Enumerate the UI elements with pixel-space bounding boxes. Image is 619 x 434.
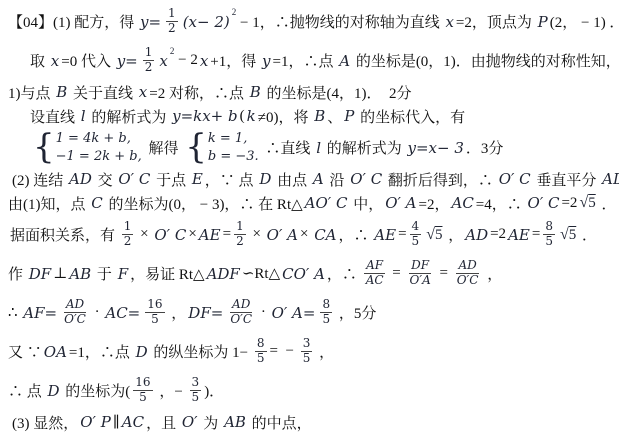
text-run: ，易证 Rt△ — [130, 263, 204, 284]
left-brace-icon: { — [33, 132, 55, 163]
fraction-numerator: 8 — [543, 220, 555, 235]
math-run: D — [136, 343, 148, 361]
math-run: l — [316, 139, 321, 157]
fraction: 35 — [301, 337, 313, 366]
page: { "page": { "background": "#ffffff", "te… — [0, 0, 619, 434]
text-run: 交 — [94, 169, 117, 190]
math-run: y= — [140, 13, 161, 31]
math-run: y= — [117, 52, 138, 70]
math-run: AE — [508, 226, 530, 244]
math-run: B — [314, 107, 325, 125]
math-run: x — [159, 52, 167, 70]
math-run: x — [139, 83, 147, 101]
fraction-denominator: 5 — [149, 313, 161, 327]
text-run: 由点 — [273, 169, 311, 190]
math-run: x — [200, 52, 208, 70]
radicand: 5 — [588, 195, 596, 212]
text-run: ，∵ 点 — [205, 169, 258, 190]
math-run: CO′ A — [282, 265, 325, 283]
math-run: x — [445, 13, 453, 31]
fraction-denominator: AC — [364, 274, 386, 288]
text-run: 的坐标是(0，1)．由抛物线的对称性知，点 — [352, 50, 619, 71]
math-run: AC — [451, 194, 473, 212]
fraction-numerator: AF — [364, 259, 385, 274]
math-run: AE — [199, 226, 221, 244]
math-run: x — [51, 52, 59, 70]
math-run: AF= — [23, 304, 57, 322]
text-run: 取 — [30, 50, 49, 71]
fraction-denominator: 5 — [301, 352, 313, 366]
fraction-numerator: AD — [456, 259, 478, 274]
text-run: 的中点， — [248, 412, 312, 433]
fraction-denominator: 5 — [190, 391, 202, 405]
text-run: =2， — [419, 193, 450, 214]
text-run: 设直线 — [30, 106, 79, 127]
math-run: ADF — [207, 265, 240, 283]
fraction-denominator: 2 — [166, 22, 178, 36]
radicand: 5 — [569, 227, 577, 244]
system-row: 1 = 4k + b, — [56, 130, 142, 148]
math-run: A — [339, 52, 350, 70]
fraction-numerator: 8 — [255, 337, 267, 352]
solution-line: 1)与点 B 关于直线 x=2 对称，∴点 B 的坐标是(4，1)． 2分 — [8, 80, 619, 104]
fraction-denominator: 5 — [320, 313, 332, 327]
text-run: ∥ — [113, 413, 120, 432]
text-run: =2 — [490, 226, 506, 243]
text-run: ∴ 点 — [8, 380, 46, 401]
fraction: 12 — [143, 46, 155, 75]
fraction: 12 — [166, 7, 178, 36]
solution-line: 设直线 l 的解析式为 y=kx+ b(k≠0)，将 B、P 的坐标代入，有 — [30, 104, 619, 128]
square-root: √5 — [560, 226, 576, 244]
fraction: 85 — [543, 220, 555, 249]
math-run: C — [91, 194, 102, 212]
math-run: O′ C — [118, 170, 150, 188]
math-run: AC= — [105, 304, 140, 322]
text-run: ， — [483, 263, 502, 284]
text-run: ∴ — [8, 303, 21, 322]
math-run: AC — [122, 413, 144, 431]
fraction-numerator: 1 — [234, 220, 246, 235]
solution-line: 又 ∵OA=1，∴点 D 的纵坐标为 1− 85= − 35 ， — [8, 332, 619, 371]
fraction-denominator: O′A — [408, 274, 433, 288]
square-root: √5 — [426, 226, 442, 244]
math-run: CA — [314, 226, 336, 244]
fraction: 165 — [145, 298, 164, 327]
text-run: 的坐标为( — [62, 380, 131, 401]
text-run: 【04】(1) 配方，得 — [8, 11, 138, 32]
fraction: 35 — [190, 376, 202, 405]
math-run: B — [250, 83, 261, 101]
fraction-numerator: AD — [230, 298, 252, 313]
fraction-numerator: 3 — [301, 337, 313, 352]
text-run: × — [249, 226, 265, 243]
radical-icon: √ — [560, 226, 569, 244]
fraction-numerator: 16 — [133, 376, 152, 391]
text-run: 于点 — [152, 169, 190, 190]
text-run: 的坐标是(4，1)． 2分 — [263, 82, 412, 103]
text-run: ⊥ — [53, 264, 67, 283]
text-run: ∽Rt△ — [242, 264, 280, 283]
text-run: 据面积关系，有 — [10, 224, 119, 245]
fraction-numerator: 8 — [320, 298, 332, 313]
text-run: =2 对称，∴点 — [149, 82, 247, 103]
text-run: 的解析式为 — [323, 137, 406, 158]
text-run: 作 — [8, 263, 27, 284]
text-run: (3) 显然， — [12, 412, 78, 433]
math-run: O′ — [182, 413, 198, 431]
math-run: P — [538, 13, 548, 31]
text-run: ，− — [156, 380, 187, 401]
text-run: 的纵坐标为 1− — [150, 341, 252, 362]
fraction: 165 — [133, 376, 152, 405]
math-run: O′ C — [499, 170, 531, 188]
fraction: 85 — [255, 337, 267, 366]
fraction: DFO′A — [408, 259, 433, 288]
text-run: × — [136, 226, 152, 243]
text-run: · — [257, 304, 270, 321]
math-run: O′ P — [80, 413, 111, 431]
text-run: =1，∴点 — [273, 50, 338, 71]
text-run: 翻折后得到，∴ — [384, 169, 497, 190]
math-run: F — [118, 265, 128, 283]
text-run: ，且 — [146, 412, 180, 433]
math-run: AB — [69, 265, 91, 283]
fraction-denominator: 5 — [410, 235, 422, 249]
fraction-numerator: 3 — [190, 376, 202, 391]
solution-line: 取 x=0 代入 y=12x2 − 2x+1，得 y=1，∴点 A 的坐标是(0… — [30, 41, 619, 80]
text-run: ，∴ — [327, 263, 361, 284]
fraction-numerator: 4 — [410, 220, 422, 235]
fraction: 12 — [234, 220, 246, 249]
text-run: = — [389, 265, 405, 282]
math-run: B — [56, 83, 67, 101]
math-run: AD — [69, 170, 92, 188]
text-run: 的坐标代入，有 — [356, 106, 465, 127]
fraction-denominator: 5 — [543, 235, 555, 249]
radical-icon: √ — [426, 226, 435, 244]
math-run: (x− 2) — [183, 13, 230, 31]
text-run: 又 ∵ — [8, 341, 42, 362]
equation-system: {k = 1,b = −3. — [185, 130, 258, 165]
math-run: y=kx+ b — [172, 107, 238, 125]
text-run: 中， — [349, 193, 383, 214]
text-run: − 1，∴抛物线的对称轴为直线 — [236, 11, 443, 32]
text-run: )． — [204, 380, 224, 401]
math-run: y — [262, 52, 270, 70]
math-run: D — [259, 170, 271, 188]
solution-line: (2) 连结 AD 交 O′ C 于点 E，∵ 点 D 由点 A 沿 O′ C … — [12, 167, 619, 191]
text-run: ．3分 — [466, 137, 504, 158]
text-run: +1，得 — [210, 50, 260, 71]
text-run: − 2 — [174, 52, 197, 69]
text-run: ， — [444, 224, 463, 245]
solution-line: 据面积关系，有 12 × O′ C×AE=12 × O′ A× CA，∴ AE=… — [10, 215, 619, 254]
math-run: A — [313, 170, 324, 188]
system-row: b = −3. — [208, 148, 259, 166]
text-run: 、 — [327, 106, 342, 127]
fraction-numerator: DF — [409, 259, 431, 274]
fraction-denominator: 2 — [234, 235, 246, 249]
equation-system: {1 = 4k + b,−1 = 2k + b, — [33, 130, 142, 165]
math-run: AE — [374, 226, 396, 244]
text-run: =2 — [561, 195, 577, 212]
text-run: =4，∴ — [476, 193, 526, 214]
text-run: ，∴ — [339, 224, 373, 245]
system-rows: k = 1,b = −3. — [208, 130, 259, 165]
fraction-numerator: AD — [64, 298, 86, 313]
radicand: 5 — [435, 227, 443, 244]
fraction-denominator: 2 — [122, 235, 134, 249]
math-run: AO′ C — [305, 194, 348, 212]
math-run: k — [247, 107, 256, 125]
fraction: 45 — [410, 220, 422, 249]
solution-document: 【04】(1) 配方，得 y=12(x− 2)2 − 1，∴抛物线的对称轴为直线… — [0, 0, 619, 434]
text-run: × — [188, 226, 196, 243]
math-run: P — [344, 107, 354, 125]
text-run: 的坐标为(0， − 3)，∴ 在 Rt△ — [105, 193, 303, 214]
fraction-numerator: 16 — [145, 298, 164, 313]
math-run: OA — [44, 343, 67, 361]
fraction: AFAC — [364, 259, 386, 288]
text-run: 解得 — [145, 137, 183, 158]
solution-line: {1 = 4k + b,−1 = 2k + b, 解得 {k = 1,b = −… — [30, 128, 619, 167]
math-run: O′ A — [267, 226, 298, 244]
text-run: 由(1)知，点 — [8, 193, 89, 214]
fraction: ADO′C — [62, 298, 88, 327]
fraction-numerator: 1 — [166, 7, 178, 22]
fraction-numerator: 1 — [122, 220, 134, 235]
system-row: k = 1, — [208, 130, 259, 148]
text-run: ( — [240, 108, 245, 125]
solution-line: ∴ AF=ADO′C · AC=165 ，DF=ADO′C · O′ A=85 … — [8, 293, 619, 332]
text-run: = — [532, 226, 540, 243]
fraction-denominator: 5 — [137, 391, 149, 405]
text-run: (2) 连结 — [12, 169, 67, 190]
text-run: ， — [315, 341, 334, 362]
math-run: AB — [224, 413, 246, 431]
math-run: AD — [465, 226, 488, 244]
text-run: ． — [598, 193, 617, 214]
math-run: DF= — [188, 304, 223, 322]
text-run: (2， − 1) ． — [550, 11, 619, 32]
text-run: = — [398, 226, 406, 243]
fraction-denominator: 2 — [143, 61, 155, 75]
text-run: × — [300, 226, 312, 243]
text-run: 关于直线 — [69, 82, 137, 103]
system-row: −1 = 2k + b, — [56, 148, 142, 166]
math-run: O′ A= — [272, 304, 316, 322]
solution-line: 作 DF⊥AB 于 F，易证 Rt△ADF∽Rt△CO′ A，∴ AFAC = … — [8, 254, 619, 293]
math-run: l — [81, 107, 86, 125]
text-run: ，5分 — [335, 302, 376, 323]
text-run: 为 — [200, 412, 223, 433]
solution-line: (3) 显然，O′ P∥AC，且 O′ 为 AB 的中点， — [12, 410, 619, 434]
math-run: DF — [29, 265, 51, 283]
fraction: ADO′C — [228, 298, 254, 327]
text-run: 于 — [93, 263, 116, 284]
system-rows: 1 = 4k + b,−1 = 2k + b, — [56, 130, 142, 165]
text-run: ∴直线 — [262, 137, 315, 158]
fraction-numerator: 1 — [143, 46, 155, 61]
text-run: ． — [578, 224, 597, 245]
fraction-denominator: O′C — [455, 274, 481, 288]
fraction: 12 — [122, 220, 134, 249]
text-run: =0 代入 — [61, 50, 114, 71]
text-run: · — [91, 304, 104, 321]
math-run: AD — [602, 170, 619, 188]
text-run: 的解析式为 — [88, 106, 171, 127]
solution-line: 由(1)知，点 C 的坐标为(0， − 3)，∴ 在 Rt△AO′ C 中，O′… — [8, 191, 619, 215]
math-run: O′ C — [528, 194, 560, 212]
text-run: ≠0)，将 — [258, 106, 312, 127]
left-brace-icon: { — [185, 132, 207, 163]
math-run: O′ C — [154, 226, 186, 244]
text-run: = − — [270, 343, 298, 360]
math-run: O′ A — [385, 194, 416, 212]
text-run: 垂直平分 — [533, 169, 601, 190]
text-run: = — [436, 265, 452, 282]
fraction-denominator: O′C — [62, 313, 88, 327]
fraction: 85 — [320, 298, 332, 327]
text-run: 1)与点 — [8, 82, 54, 103]
math-run: y=x− 3 — [408, 139, 464, 157]
text-run: =1，∴点 — [69, 341, 134, 362]
fraction-denominator: 5 — [255, 352, 267, 366]
solution-line: ∴ 点 D 的坐标为(165 ，− 35)． — [8, 371, 619, 410]
math-run: E — [192, 170, 203, 188]
math-run: O′ C — [350, 170, 382, 188]
fraction: ADO′C — [455, 259, 481, 288]
solution-line: 【04】(1) 配方，得 y=12(x− 2)2 − 1，∴抛物线的对称轴为直线… — [8, 2, 619, 41]
fraction-denominator: O′C — [228, 313, 254, 327]
square-root: √5 — [579, 194, 595, 212]
text-run: 沿 — [326, 169, 349, 190]
text-run: ， — [168, 302, 187, 323]
math-run: D — [48, 382, 60, 400]
radical-icon: √ — [579, 194, 588, 212]
text-run: =2，顶点为 — [456, 11, 536, 32]
text-run: = — [223, 226, 231, 243]
